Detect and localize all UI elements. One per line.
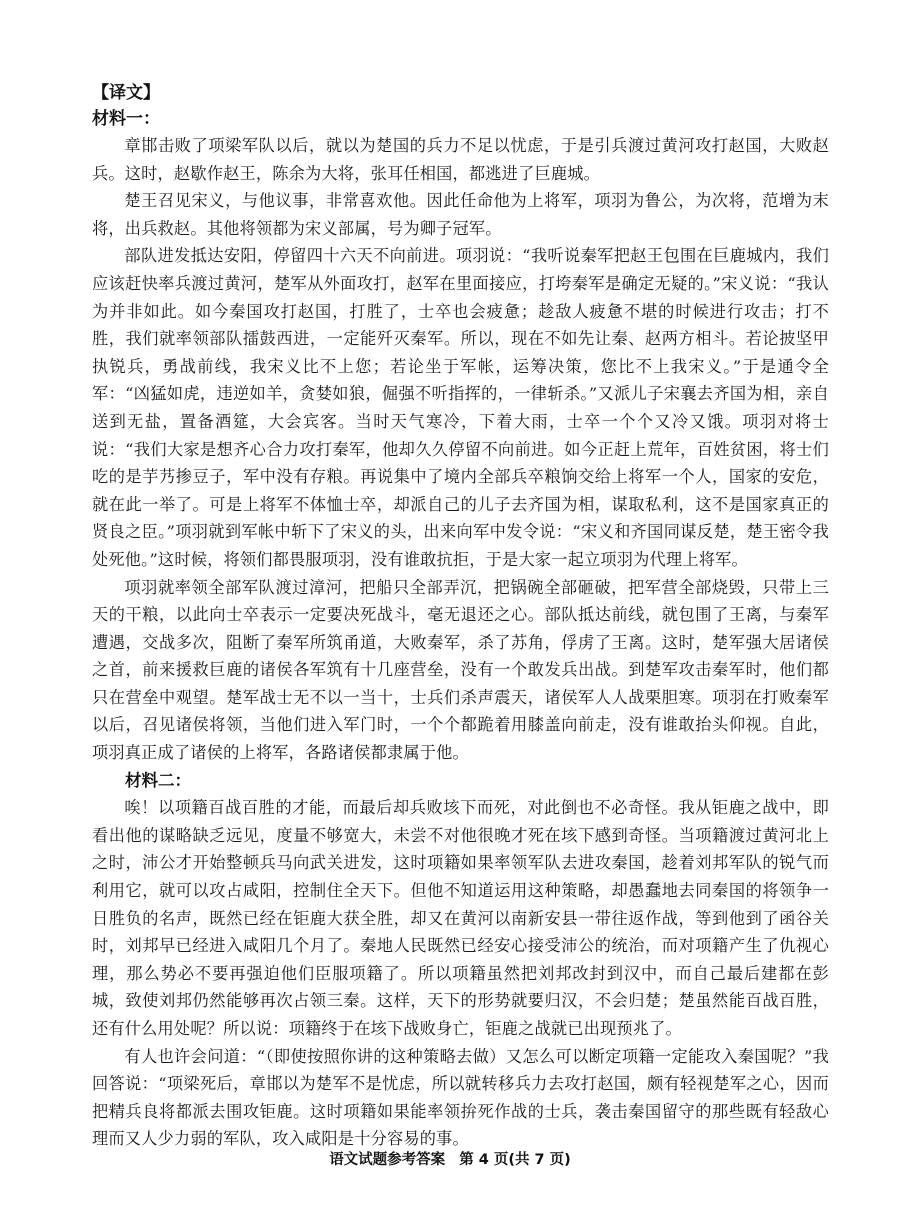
material-one-label: 材料一： <box>92 106 829 132</box>
material-two-label: 材料二： <box>92 767 829 795</box>
material-one-paragraph-4: 项羽就率领全部军队渡过漳河，把船只全部弄沉，把锅碗全部砸破，把军营全部烧毁，只带… <box>92 574 829 767</box>
material-one-paragraph-1: 章邯击败了项梁军队以后，就以为楚国的兵力不足以忧虑，于是引兵渡过黄河攻打赵国，大… <box>92 132 829 187</box>
material-two-paragraph-2: 有人也许会问道：“（即使按照你讲的这种策略去做）又怎么可以断定项籍一定能攻入秦国… <box>92 1043 829 1153</box>
material-one-paragraph-2: 楚王召见宋义，与他议事，非常喜欢他。因此任命他为上将军，项羽为鲁公，为次将，范增… <box>92 187 829 242</box>
answer-key-page: 【译文】 材料一： 章邯击败了项梁军队以后，就以为楚国的兵力不足以忧虑，于是引兵… <box>92 80 829 1153</box>
page-footer: 语文试题参考答案第 4 页(共 7 页) <box>0 1148 900 1169</box>
footer-page-number: 第 4 页(共 7 页) <box>459 1152 571 1168</box>
material-two-paragraph-1: 唉！以项籍百战百胜的才能，而最后却兵败垓下而死，对此倒也不必奇怪。我从钜鹿之战中… <box>92 794 829 1042</box>
translation-heading: 【译文】 <box>92 80 829 106</box>
material-one-paragraph-3: 部队进发抵达安阳，停留四十六天不向前进。项羽说：“我听说秦军把赵王包围在巨鹿城内… <box>92 242 829 573</box>
footer-title: 语文试题参考答案 <box>329 1152 445 1168</box>
